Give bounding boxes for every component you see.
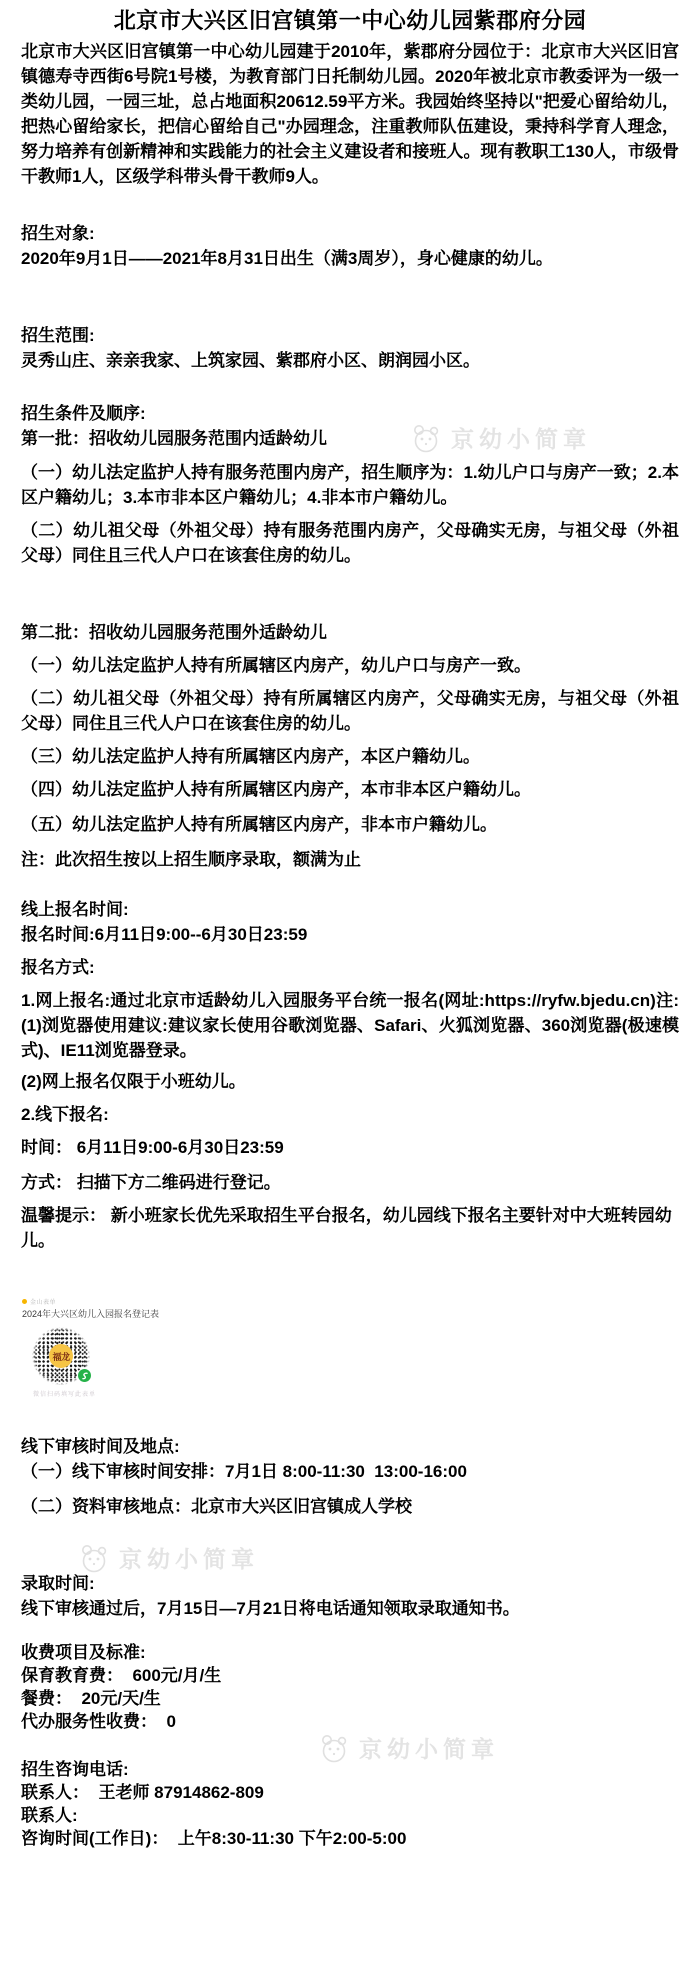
registration-form-card: 金山表单 2024年大兴区幼儿入园报名登记表 福龙 微信扫码填写此表单 xyxy=(22,1297,679,1398)
fee-item: 保育教育费： 600元/月/生 xyxy=(21,1664,679,1687)
method-online: 1.网上报名:通过北京市适龄幼儿入园服务平台统一报名(网址:https://ry… xyxy=(21,988,679,1063)
contact-person: 联系人： 王老师 87914862-809 xyxy=(21,1781,679,1804)
method-offline-time: 时间： 6月11日9:00-6月30日23:59 xyxy=(21,1135,679,1160)
batch1-item: （一）幼儿法定监护人持有服务范围内房产，招生顺序为：1.幼儿户口与房产一致；2.… xyxy=(21,460,679,510)
method-offline-way: 方式： 扫描下方二维码进行登记。 xyxy=(21,1170,679,1195)
method-heading: 报名方式: xyxy=(21,955,679,980)
form-app-logo-icon xyxy=(22,1299,27,1304)
batch2-item: （二）幼儿祖父母（外祖父母）持有所属辖区内房产，父母确实无房，与祖父母（外祖父母… xyxy=(21,686,679,736)
fee-item: 代办服务性收费： 0 xyxy=(21,1710,679,1733)
scope-body: 灵秀山庄、亲亲我家、上筑家园、紫郡府小区、朗润园小区。 xyxy=(21,348,679,373)
batch2-item: （五）幼儿法定监护人持有所属辖区内房产，非本市户籍幼儿。 xyxy=(21,812,679,837)
batch2-item: （一）幼儿法定监护人持有所属辖区内房产，幼儿户口与房产一致。 xyxy=(21,653,679,678)
review-heading: 线下审核时间及地点: xyxy=(21,1434,679,1459)
conditions-note: 注：此次招生按以上招生顺序录取，额满为止 xyxy=(21,847,679,872)
intro-paragraph: 北京市大兴区旧宫镇第一中心幼儿园建于2010年，紫郡府分园位于：北京市大兴区旧宫… xyxy=(21,39,679,189)
method-offline-heading: 2.线下报名: xyxy=(21,1102,679,1127)
target-heading: 招生对象: xyxy=(21,221,679,246)
qr-code: 福龙 xyxy=(32,1327,90,1385)
contact-person: 联系人: xyxy=(21,1804,679,1827)
fees-heading: 收费项目及标准: xyxy=(21,1641,679,1664)
review-item: （一）线下审核时间安排：7月1日 8:00-11:30 13:00-16:00 xyxy=(21,1459,679,1484)
batch2-item: （四）幼儿法定监护人持有所属辖区内房产，本市非本区户籍幼儿。 xyxy=(21,777,679,802)
contact-hours: 咨询时间(工作日)： 上午8:30-11:30 下午2:00-5:00 xyxy=(21,1827,679,1850)
batch2-title: 第二批：招收幼儿园服务范围外适龄幼儿 xyxy=(21,620,679,645)
miniprogram-badge-icon xyxy=(77,1368,92,1383)
qr-center-text: 福龙 xyxy=(52,1350,69,1363)
document-page: 京幼小简章 京幼小简章 xyxy=(0,0,700,1973)
form-app-row: 金山表单 xyxy=(22,1297,679,1305)
fee-item: 餐费： 20元/天/生 xyxy=(21,1687,679,1710)
online-signup-time: 报名时间:6月11日9:00--6月30日23:59 xyxy=(21,922,679,947)
qr-center-avatar: 福龙 xyxy=(49,1344,73,1368)
review-item: （二）资料审核地点：北京市大兴区旧宫镇成人学校 xyxy=(21,1494,679,1519)
contact-heading: 招生咨询电话: xyxy=(21,1758,679,1781)
admission-heading: 录取时间: xyxy=(21,1571,679,1596)
admission-body: 线下审核通过后，7月15日—7月21日将电话通知领取录取通知书。 xyxy=(21,1596,679,1621)
online-signup-heading: 线上报名时间: xyxy=(21,897,679,922)
method-tip: 温馨提示： 新小班家长优先采取招生平台报名，幼儿园线下报名主要针对中大班转园幼儿… xyxy=(21,1203,679,1253)
batch1-title: 第一批：招收幼儿园服务范围内适龄幼儿 xyxy=(21,426,679,451)
page-title: 北京市大兴区旧宫镇第一中心幼儿园紫郡府分园 xyxy=(21,7,679,34)
form-title: 2024年大兴区幼儿入园报名登记表 xyxy=(22,1309,164,1320)
batch1-item: （二）幼儿祖父母（外祖父母）持有服务范围内房产，父母确实无房，与祖父母（外祖父母… xyxy=(21,518,679,568)
conditions-heading: 招生条件及顺序: xyxy=(21,401,679,426)
target-body: 2020年9月1日——2021年8月31日出生（满3周岁），身心健康的幼儿。 xyxy=(21,246,679,271)
qr-caption: 微信扫码填写此表单 xyxy=(33,1389,679,1398)
form-app-label: 金山表单 xyxy=(30,1297,56,1306)
method-online-note: (2)网上报名仅限于小班幼儿。 xyxy=(21,1069,679,1094)
scope-heading: 招生范围: xyxy=(21,323,679,348)
batch2-item: （三）幼儿法定监护人持有所属辖区内房产，本区户籍幼儿。 xyxy=(21,744,679,769)
